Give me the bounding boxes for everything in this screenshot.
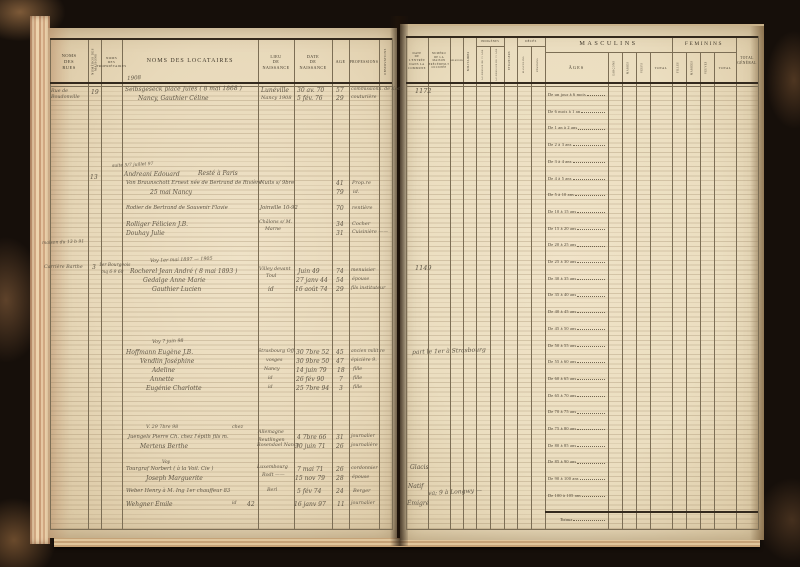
col-header-etrangers: ÉTRANGERS — [504, 38, 517, 84]
leader-dots — [577, 461, 605, 464]
age-bracket-label: De 50 à 55 ans — [548, 344, 576, 348]
handwriting-entry: 5 fév 74 — [297, 489, 321, 495]
handwriting-entry: Prop.re — [352, 181, 371, 186]
handwriting-entry: 1er Bourgeois — [99, 264, 130, 268]
grid-line — [517, 36, 518, 530]
handwriting-entry: journalier — [351, 435, 375, 440]
col-header-deces-feminins: FÉMININS — [531, 47, 545, 83]
leader-dots — [577, 310, 605, 313]
leader-dots — [577, 210, 605, 213]
age-bracket-label: De 15 à 20 ans — [548, 227, 576, 231]
handwriting-entry: Nancy — [264, 368, 280, 373]
col-header-veuves: VEUVES — [700, 54, 714, 82]
handwriting-entry: Tourgraf Norbert ( à la Voil. Cie ) — [126, 467, 213, 472]
age-bracket-row: De 75 à 80 ans — [548, 427, 606, 431]
age-bracket-row: De 6 mois à 1 an — [548, 110, 606, 114]
age-bracket-row: De 65 à 70 ans — [548, 394, 606, 398]
handwriting-entry: Nancy, Gauthier Céline — [138, 96, 209, 102]
handwriting-entry: 31 — [336, 231, 344, 237]
handwriting-entry: Rolliger Félicien J.B. — [126, 222, 188, 228]
col-header-maison-precedente: NUMÉRO DE LA MAISON PRÉCÉDEM.T OCCUPÉE — [428, 38, 450, 84]
handwriting-entry: 25 mai Nancy — [150, 190, 192, 196]
handwriting-entry: fille — [353, 386, 362, 391]
handwriting-entry: id. — [353, 190, 359, 195]
grid-line — [406, 529, 758, 530]
age-bracket-row: De 3 à 4 ans — [548, 160, 606, 164]
handwriting-entry: 5 fév. 76 — [297, 96, 323, 102]
leader-dots — [577, 444, 605, 447]
grid-line — [379, 38, 380, 530]
col-header-date-entree: DATE DE L'ENTRÉE DANS LA COMMUNE — [406, 38, 428, 84]
col-header-professions: PROFESSIONS — [349, 42, 379, 82]
handwriting-entry: Resté à Paris — [198, 171, 238, 177]
totaux-row: Totaux — [560, 517, 606, 522]
handwriting-entry: Adeline — [152, 368, 175, 374]
handwriting-entry: 31 — [336, 435, 344, 441]
age-bracket-row: De 1 an à 2 ans — [548, 126, 606, 130]
group-header-indigenes: INDIGÈNES — [476, 37, 504, 46]
age-bracket-label: De 70 à 75 ans — [548, 410, 576, 414]
age-bracket-row: De 35 à 40 ans — [548, 293, 606, 297]
handwriting-entry: Cocher — [352, 222, 370, 227]
handwriting-entry: Gedalge Anne Marie — [143, 278, 206, 284]
handwriting-entry: Hoffmann Eugène J.B. — [126, 350, 193, 356]
handwriting-entry: 25 7bre 94 — [296, 386, 329, 392]
handwriting-entry: 16 août 74 — [295, 287, 328, 293]
col-header-maries: MARIÉS — [622, 54, 636, 82]
age-bracket-label: De 65 à 70 ans — [548, 394, 576, 398]
grid-line — [392, 38, 393, 530]
leader-dots — [581, 110, 605, 113]
leader-dots — [577, 427, 605, 430]
col-header-indigenes-moins21: AU-DESSOUS DE 21 ANS — [490, 47, 504, 83]
grid-line — [88, 38, 89, 530]
grid-line — [258, 38, 259, 530]
handwriting-entry: 28 — [336, 476, 344, 482]
age-bracket-label: De 40 à 45 ans — [548, 310, 576, 314]
handwriting-entry: Villey devant — [259, 268, 291, 273]
handwriting-entry: 54 — [336, 278, 344, 284]
handwriting-entry: 26 — [336, 467, 344, 473]
handwriting-entry: 1172 — [415, 88, 432, 95]
handwriting-entry: 24 — [336, 489, 344, 495]
handwriting-entry: id — [268, 386, 273, 391]
col-header-age: AGE — [332, 42, 349, 82]
col-header-garcons: GARÇONS — [608, 54, 622, 82]
col-header-indigenes-plus21: AU-DESSUS DE 21 ANS — [476, 47, 490, 83]
grid-line — [476, 36, 477, 530]
handwriting-entry: id — [268, 377, 273, 382]
grid-line — [406, 36, 407, 530]
handwriting-entry: fils instituteur — [351, 287, 385, 292]
grid-line — [736, 36, 737, 530]
handwriting-entry: V. 29 7bre 98 — [146, 426, 178, 431]
grid-line — [332, 38, 333, 530]
handwriting-entry: 3 — [92, 265, 96, 271]
handwriting-entry: Cuisinière —— — [352, 231, 388, 236]
age-bracket-label: De 85 à 90 ans — [548, 460, 576, 464]
page-edge-stack — [30, 16, 50, 544]
grid-line — [50, 529, 392, 530]
leader-dots — [580, 477, 605, 480]
leader-dots — [577, 327, 605, 330]
age-bracket-label: De 80 à 85 ans — [548, 444, 576, 448]
col-header-mariees: MARIÉES — [686, 54, 700, 82]
age-bracket-row: De 2 à 3 ans — [548, 143, 606, 147]
age-bracket-label: De 100 à 105 ans — [548, 494, 581, 498]
col-header-total-general: TOTAL GÉNÉRAL — [736, 40, 758, 82]
handwriting-entry: épouse — [352, 476, 369, 481]
handwriting-entry: Selbsgeseck place Jules ( 8 mai 1868 ) — [125, 86, 242, 93]
col-header-filles: FILLES — [672, 54, 686, 82]
leader-dots — [577, 227, 605, 230]
leader-dots — [587, 93, 605, 96]
handwriting-entry: Toul — [266, 275, 276, 280]
handwriting-entry: 79 — [336, 190, 344, 196]
handwriting-entry: 41 — [336, 181, 344, 187]
age-bracket-row: De 100 à 105 ans — [548, 494, 606, 498]
handwriting-entry: 74 — [336, 269, 344, 275]
grid-line — [608, 52, 609, 530]
leader-dots — [577, 344, 605, 347]
handwriting-entry: id — [268, 287, 274, 293]
grid-line — [545, 36, 546, 530]
handwriting-entry: Lunéville — [261, 88, 289, 94]
age-bracket-row: De 80 à 85 ans — [548, 444, 606, 448]
handwriting-entry: Juin 49 — [298, 269, 320, 275]
age-bracket-label: De 30 à 35 ans — [548, 277, 576, 281]
grid-line — [758, 36, 759, 530]
handwriting-entry: Nancy 1908 — [261, 96, 292, 101]
handwriting-entry: journalier — [351, 502, 375, 507]
leader-dots — [577, 360, 605, 363]
age-bracket-row: De 15 à 20 ans — [548, 227, 606, 231]
col-header-total-feminins: TOTAL — [714, 54, 736, 82]
handwriting-entry: 42 — [247, 502, 255, 508]
handwriting-entry: Émigré — [407, 501, 429, 507]
handwriting-entry: 3 — [339, 386, 343, 392]
leader-dots — [573, 177, 605, 180]
handwriting-entry: Nuits s/ 9bre — [260, 181, 294, 186]
col-header-veufs: VEUFS — [636, 54, 650, 82]
age-bracket-row: De 10 à 15 ans — [548, 210, 606, 214]
handwriting-entry: 11 — [337, 502, 345, 508]
handwriting-entry: Rosendael Nancy — [257, 444, 299, 449]
handwriting-entry: Allemagne — [258, 431, 284, 436]
grid-line — [504, 36, 505, 530]
grid-line — [622, 52, 623, 530]
col-header-militaires: MILITAIRES — [463, 38, 476, 84]
grid-line — [686, 52, 687, 530]
grid-line — [463, 36, 464, 530]
handwriting-entry: fille — [353, 368, 362, 373]
age-bracket-label: De 90 à 100 ans — [548, 477, 579, 481]
age-bracket-row: De 20 à 25 ans — [548, 243, 606, 247]
handwriting-entry: Gauthier Lucien — [152, 287, 201, 293]
grid-line — [545, 52, 736, 53]
handwriting-entry: fille — [353, 377, 362, 382]
handwriting-entry: commissionn. de Kock — [351, 88, 403, 93]
col-header-religions: RELIGIONS — [450, 38, 463, 84]
col-header-observations: OBSERVATIONS — [379, 40, 392, 84]
grid-line — [636, 52, 637, 530]
grid-line — [122, 38, 123, 530]
handwriting-entry: 7 mai 71 — [297, 467, 323, 473]
age-bracket-row: De 85 à 90 ans — [548, 460, 606, 464]
age-bracket-label: De un jour à 6 mois — [548, 93, 586, 97]
col-header-noms-rues: NOMS DES RUES — [50, 42, 88, 82]
age-bracket-row: De 40 à 45 ans — [548, 310, 606, 314]
handwriting-entry: Voy — [162, 461, 170, 466]
handwriting-entry: 30 juin 71 — [295, 444, 326, 450]
age-bracket-label: De 20 à 25 ans — [548, 243, 576, 247]
handwriting-entry: 1908 — [127, 76, 141, 82]
handwriting-entry: 15 nov 79 — [295, 476, 325, 482]
age-bracket-row: De 90 à 100 ans — [548, 477, 606, 481]
leader-dots — [573, 160, 605, 163]
handwriting-entry: 1149 — [415, 265, 432, 272]
age-bracket-label: De 6 mois à 1 an — [548, 110, 580, 114]
handwriting-entry: Joinville 10-92 — [260, 206, 298, 211]
group-header-masculins: MASCULINS — [545, 38, 672, 51]
handwriting-entry: 19 — [91, 90, 99, 96]
handwriting-entry: 26 — [336, 444, 344, 450]
handwriting-entry: Châlons s/ M. — [259, 221, 292, 226]
handwriting-entry: Rue de Boudonville — [51, 89, 88, 100]
col-header-locataires: NOMS DES LOCATAIRES — [122, 40, 258, 84]
grid-line — [545, 511, 758, 513]
age-bracket-label: De 10 à 15 ans — [548, 210, 576, 214]
leader-dots — [577, 260, 605, 263]
handwriting-entry: Strasbourg Off. — [258, 350, 296, 355]
handwriting-entry: Weber Henry à M. Ing 1er chauffeur 83 — [126, 489, 230, 494]
grid-line — [490, 46, 491, 530]
handwriting-entry: cordonnier — [351, 467, 378, 472]
age-bracket-label: De 55 à 60 ans — [548, 360, 576, 364]
handwriting-entry: 16 janv 97 — [294, 502, 326, 508]
handwriting-entry: 45 — [336, 350, 344, 356]
col-header-ages: ÂGES — [545, 54, 608, 82]
handwriting-entry: Natif — [408, 484, 423, 490]
handwriting-entry: 29 — [336, 287, 344, 293]
handwriting-entry: Rocherel Jean André ( 8 mai 1893 ) — [130, 269, 237, 275]
handwriting-entry: Von Braunschott Ernest née de Bertrand d… — [126, 181, 262, 186]
age-bracket-row: De 60 à 65 ans — [548, 377, 606, 381]
handwriting-entry: 4 7bre 66 — [297, 435, 326, 441]
col-header-lieu-naissance: LIEU DE NAISSANCE — [258, 42, 294, 82]
handwriting-entry: 47 — [336, 359, 344, 365]
age-bracket-label: De 25 à 30 ans — [548, 260, 576, 264]
handwriting-entry: Marne — [265, 228, 281, 233]
age-bracket-row: De 25 à 30 ans — [548, 260, 606, 264]
grid-line — [101, 38, 102, 530]
age-bracket-row: De 4 à 5 ans — [548, 177, 606, 181]
age-bracket-row: De un jour à 6 mois — [548, 93, 606, 97]
leader-dots — [577, 377, 605, 380]
handwriting-entry: Berl — [267, 489, 277, 494]
handwriting-entry: Vendlin Joséphine — [140, 359, 194, 365]
handwriting-entry: 13 — [90, 175, 98, 181]
grid-line — [406, 86, 758, 87]
leader-dots — [573, 143, 605, 146]
handwriting-entry: Wehgner Émile — [126, 502, 173, 508]
age-bracket-label: De 35 à 40 ans — [548, 293, 576, 297]
handwriting-entry: Glacis — [410, 465, 429, 471]
col-header-deces-masculins: MASCULINS — [517, 47, 531, 83]
grid-line — [714, 52, 715, 530]
group-header-deces: DÉCÈS — [517, 37, 545, 46]
age-bracket-label: De 45 à 50 ans — [548, 327, 576, 331]
age-bracket-label: De 1 an à 2 ans — [548, 126, 577, 130]
handwriting-entry: Joseph Marguerite — [146, 476, 203, 482]
age-bracket-label: De 5 à 10 ans — [548, 193, 574, 197]
handwriting-entry: Carrière Barthe — [44, 266, 83, 271]
handwriting-entry: 30 av. 70 — [297, 88, 324, 94]
handwriting-entry: menuisier — [351, 269, 375, 274]
handwriting-entry: Rodier de Bertrand de Souvenir Flavie — [126, 206, 228, 211]
age-bracket-row: De 50 à 55 ans — [548, 344, 606, 348]
grid-line — [50, 38, 51, 530]
handwriting-entry: ancien milit.re — [351, 350, 385, 355]
handwriting-entry: 30 9bre 50 — [296, 359, 329, 365]
handwriting-entry: id — [232, 502, 237, 507]
age-bracket-label: De 75 à 80 ans — [548, 427, 576, 431]
group-header-feminins: FEMININS — [672, 38, 736, 51]
grid-line — [450, 36, 451, 530]
col-header-total-masculins: TOTAL — [650, 54, 672, 82]
leader-dots — [577, 294, 605, 297]
leader-dots — [582, 494, 605, 497]
totaux-label: Totaux — [560, 517, 572, 522]
handwriting-entry: 29 — [336, 96, 344, 102]
leader-dots — [577, 411, 605, 414]
handwriting-entry: chez — [232, 426, 243, 431]
age-bracket-row: De 45 à 50 ans — [548, 327, 606, 331]
handwriting-entry: 14 juin 79 — [296, 368, 327, 374]
age-bracket-row: De 55 à 60 ans — [548, 360, 606, 364]
handwriting-entry: Berger — [353, 489, 371, 494]
handwriting-entry: Luxembourg — [257, 466, 288, 471]
handwriting-entry: 26 fév 90 — [296, 377, 324, 383]
grid-line — [650, 52, 651, 530]
grid-line — [294, 38, 295, 530]
grid-line — [700, 52, 701, 530]
age-bracket-label: De 60 à 65 ans — [548, 377, 576, 381]
leader-dots — [575, 193, 605, 196]
handwriting-entry: épouse — [352, 278, 369, 283]
handwriting-entry: Juengels Pierre Ch. chez l'épith fils m. — [128, 435, 229, 440]
grid-line — [531, 46, 532, 530]
handwriting-entry: Eugénie Charlotte — [146, 386, 202, 392]
leader-dots — [577, 244, 605, 247]
handwriting-entry: journalière — [351, 444, 378, 449]
handwriting-entry: couturière — [351, 96, 376, 101]
handwriting-entry: Douhay Julie — [126, 231, 165, 237]
age-bracket-label: De 4 à 5 ans — [548, 177, 572, 181]
handwriting-entry: 18 — [337, 368, 345, 374]
handwriting-entry: vosges — [266, 359, 282, 364]
totaux-leader-dots — [573, 518, 605, 521]
handwriting-entry: 34 — [336, 222, 344, 228]
col-header-date-naissance: DATE DE NAISSANCE — [294, 42, 332, 82]
age-bracket-row: De 5 à 10 ans — [548, 193, 606, 197]
age-bracket-label: De 2 à 3 ans — [548, 143, 572, 147]
handwriting-entry: Andreani Edouard — [124, 172, 180, 178]
scanned-register-book: NOMS DES RUES NUMÉROS DES MAISONS NOMS D… — [0, 0, 800, 567]
leader-dots — [577, 277, 605, 280]
handwriting-entry: Annette — [150, 377, 174, 383]
handwriting-entry: Mertens Berthe — [140, 444, 188, 450]
handwriting-entry: Rodt —— — [262, 474, 285, 479]
handwriting-entry: rentière — [352, 206, 373, 211]
handwriting-entry: 30 7bre 52 — [296, 350, 329, 356]
age-bracket-label: De 3 à 4 ans — [548, 160, 572, 164]
leader-dots — [578, 127, 605, 130]
handwriting-entry: 70 — [336, 206, 344, 212]
handwriting-entry: 57 — [336, 88, 344, 94]
handwriting-entry: 7 — [339, 377, 343, 383]
age-bracket-row: De 30 à 35 ans — [548, 277, 606, 281]
grid-line — [672, 36, 673, 530]
handwriting-entry: 27 janv 44 — [296, 278, 328, 284]
grid-line — [428, 36, 429, 530]
leader-dots — [577, 394, 605, 397]
col-header-proprietaires: NOMS DES PROPRIÉTAIRES — [101, 42, 122, 82]
age-bracket-row: De 70 à 75 ans — [548, 410, 606, 414]
handwriting-entry: épicière 9. — [351, 359, 377, 364]
handwriting-entry: mq 6-9 60 — [101, 271, 123, 275]
grid-line — [349, 38, 350, 530]
